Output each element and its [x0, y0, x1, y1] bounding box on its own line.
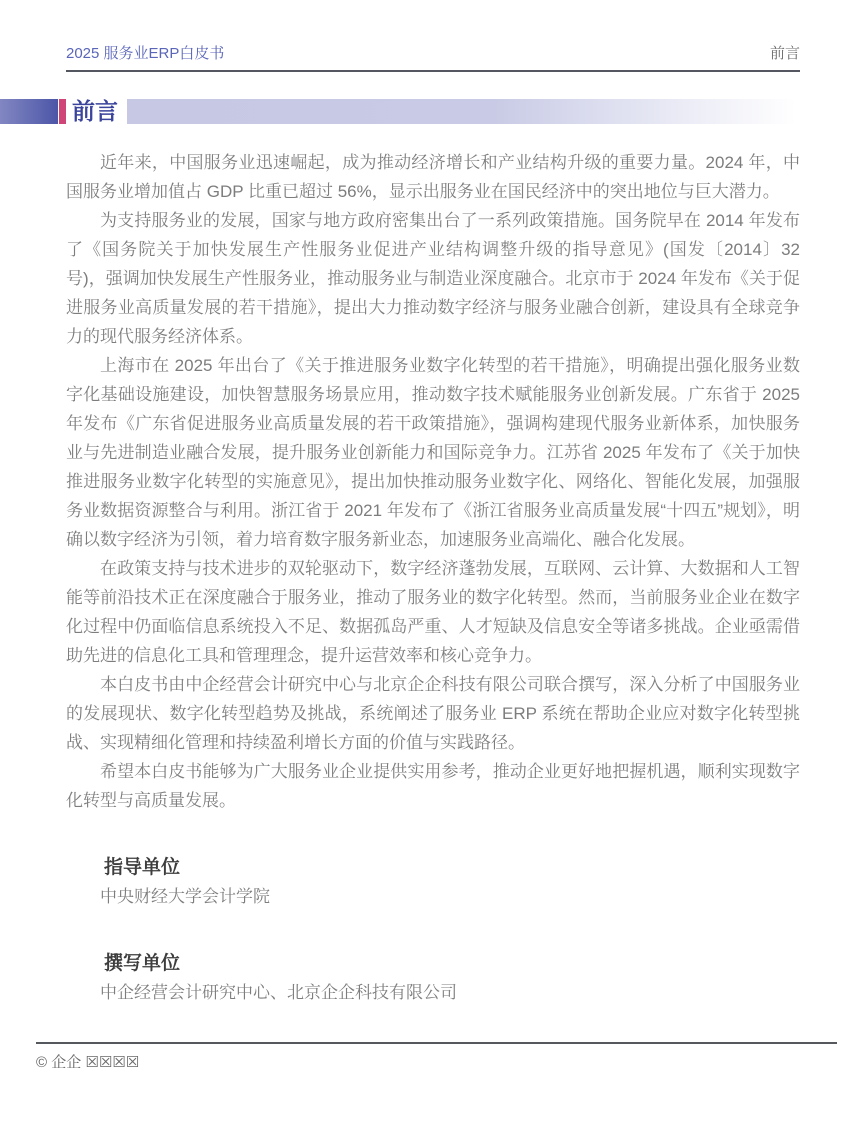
section-value: 中企经营会计研究中心、北京企企科技有限公司 — [66, 978, 800, 1007]
banner-gradient-block — [0, 99, 58, 124]
paragraph: 为支持服务业的发展，国家与地方政府密集出台了一系列政策措施。国务院早在 2014… — [66, 206, 800, 351]
chapter-banner: 前言 — [0, 99, 866, 124]
document-page: 2025 服务业ERP白皮书 前言 前言 近年来，中国服务业迅速崛起，成为推动经… — [0, 0, 866, 1122]
chapter-title: 前言 — [72, 99, 118, 124]
body-content: 近年来，中国服务业迅速崛起，成为推动经济增长和产业结构升级的重要力量。2024 … — [66, 148, 800, 1007]
section-writing-unit: 撰写单位 中企经营会计研究中心、北京企企科技有限公司 — [66, 949, 800, 1007]
header-document-title: 2025 服务业ERP白皮书 — [66, 42, 224, 63]
section-heading: 指导单位 — [66, 853, 800, 882]
paragraph: 上海市在 2025 年出台了《关于推进服务业数字化转型的若干措施》，明确提出强化… — [66, 351, 800, 554]
paragraph: 在政策支持与技术进步的双轮驱动下，数字经济蓬勃发展，互联网、云计算、大数据和人工… — [66, 554, 800, 670]
paragraph: 希望本白皮书能够为广大服务业企业提供实用参考，推动企业更好地把握机遇，顺利实现数… — [66, 757, 800, 815]
section-guiding-unit: 指导单位 中央财经大学会计学院 — [66, 853, 800, 911]
banner-fade-bar — [127, 99, 796, 124]
section-value: 中央财经大学会计学院 — [66, 882, 800, 911]
paragraph: 近年来，中国服务业迅速崛起，成为推动经济增长和产业结构升级的重要力量。2024 … — [66, 148, 800, 206]
banner-pink-accent — [59, 99, 66, 124]
footer-copyright: © 企企 ☒☒☒☒ — [36, 1054, 139, 1071]
header-chapter-label: 前言 — [770, 42, 800, 63]
section-heading: 撰写单位 — [66, 949, 800, 978]
page-header: 2025 服务业ERP白皮书 前言 — [66, 42, 800, 72]
page-footer: © 企企 ☒☒☒☒ — [36, 1042, 837, 1072]
paragraph: 本白皮书由中企经营会计研究中心与北京企企科技有限公司联合撰写，深入分析了中国服务… — [66, 670, 800, 757]
